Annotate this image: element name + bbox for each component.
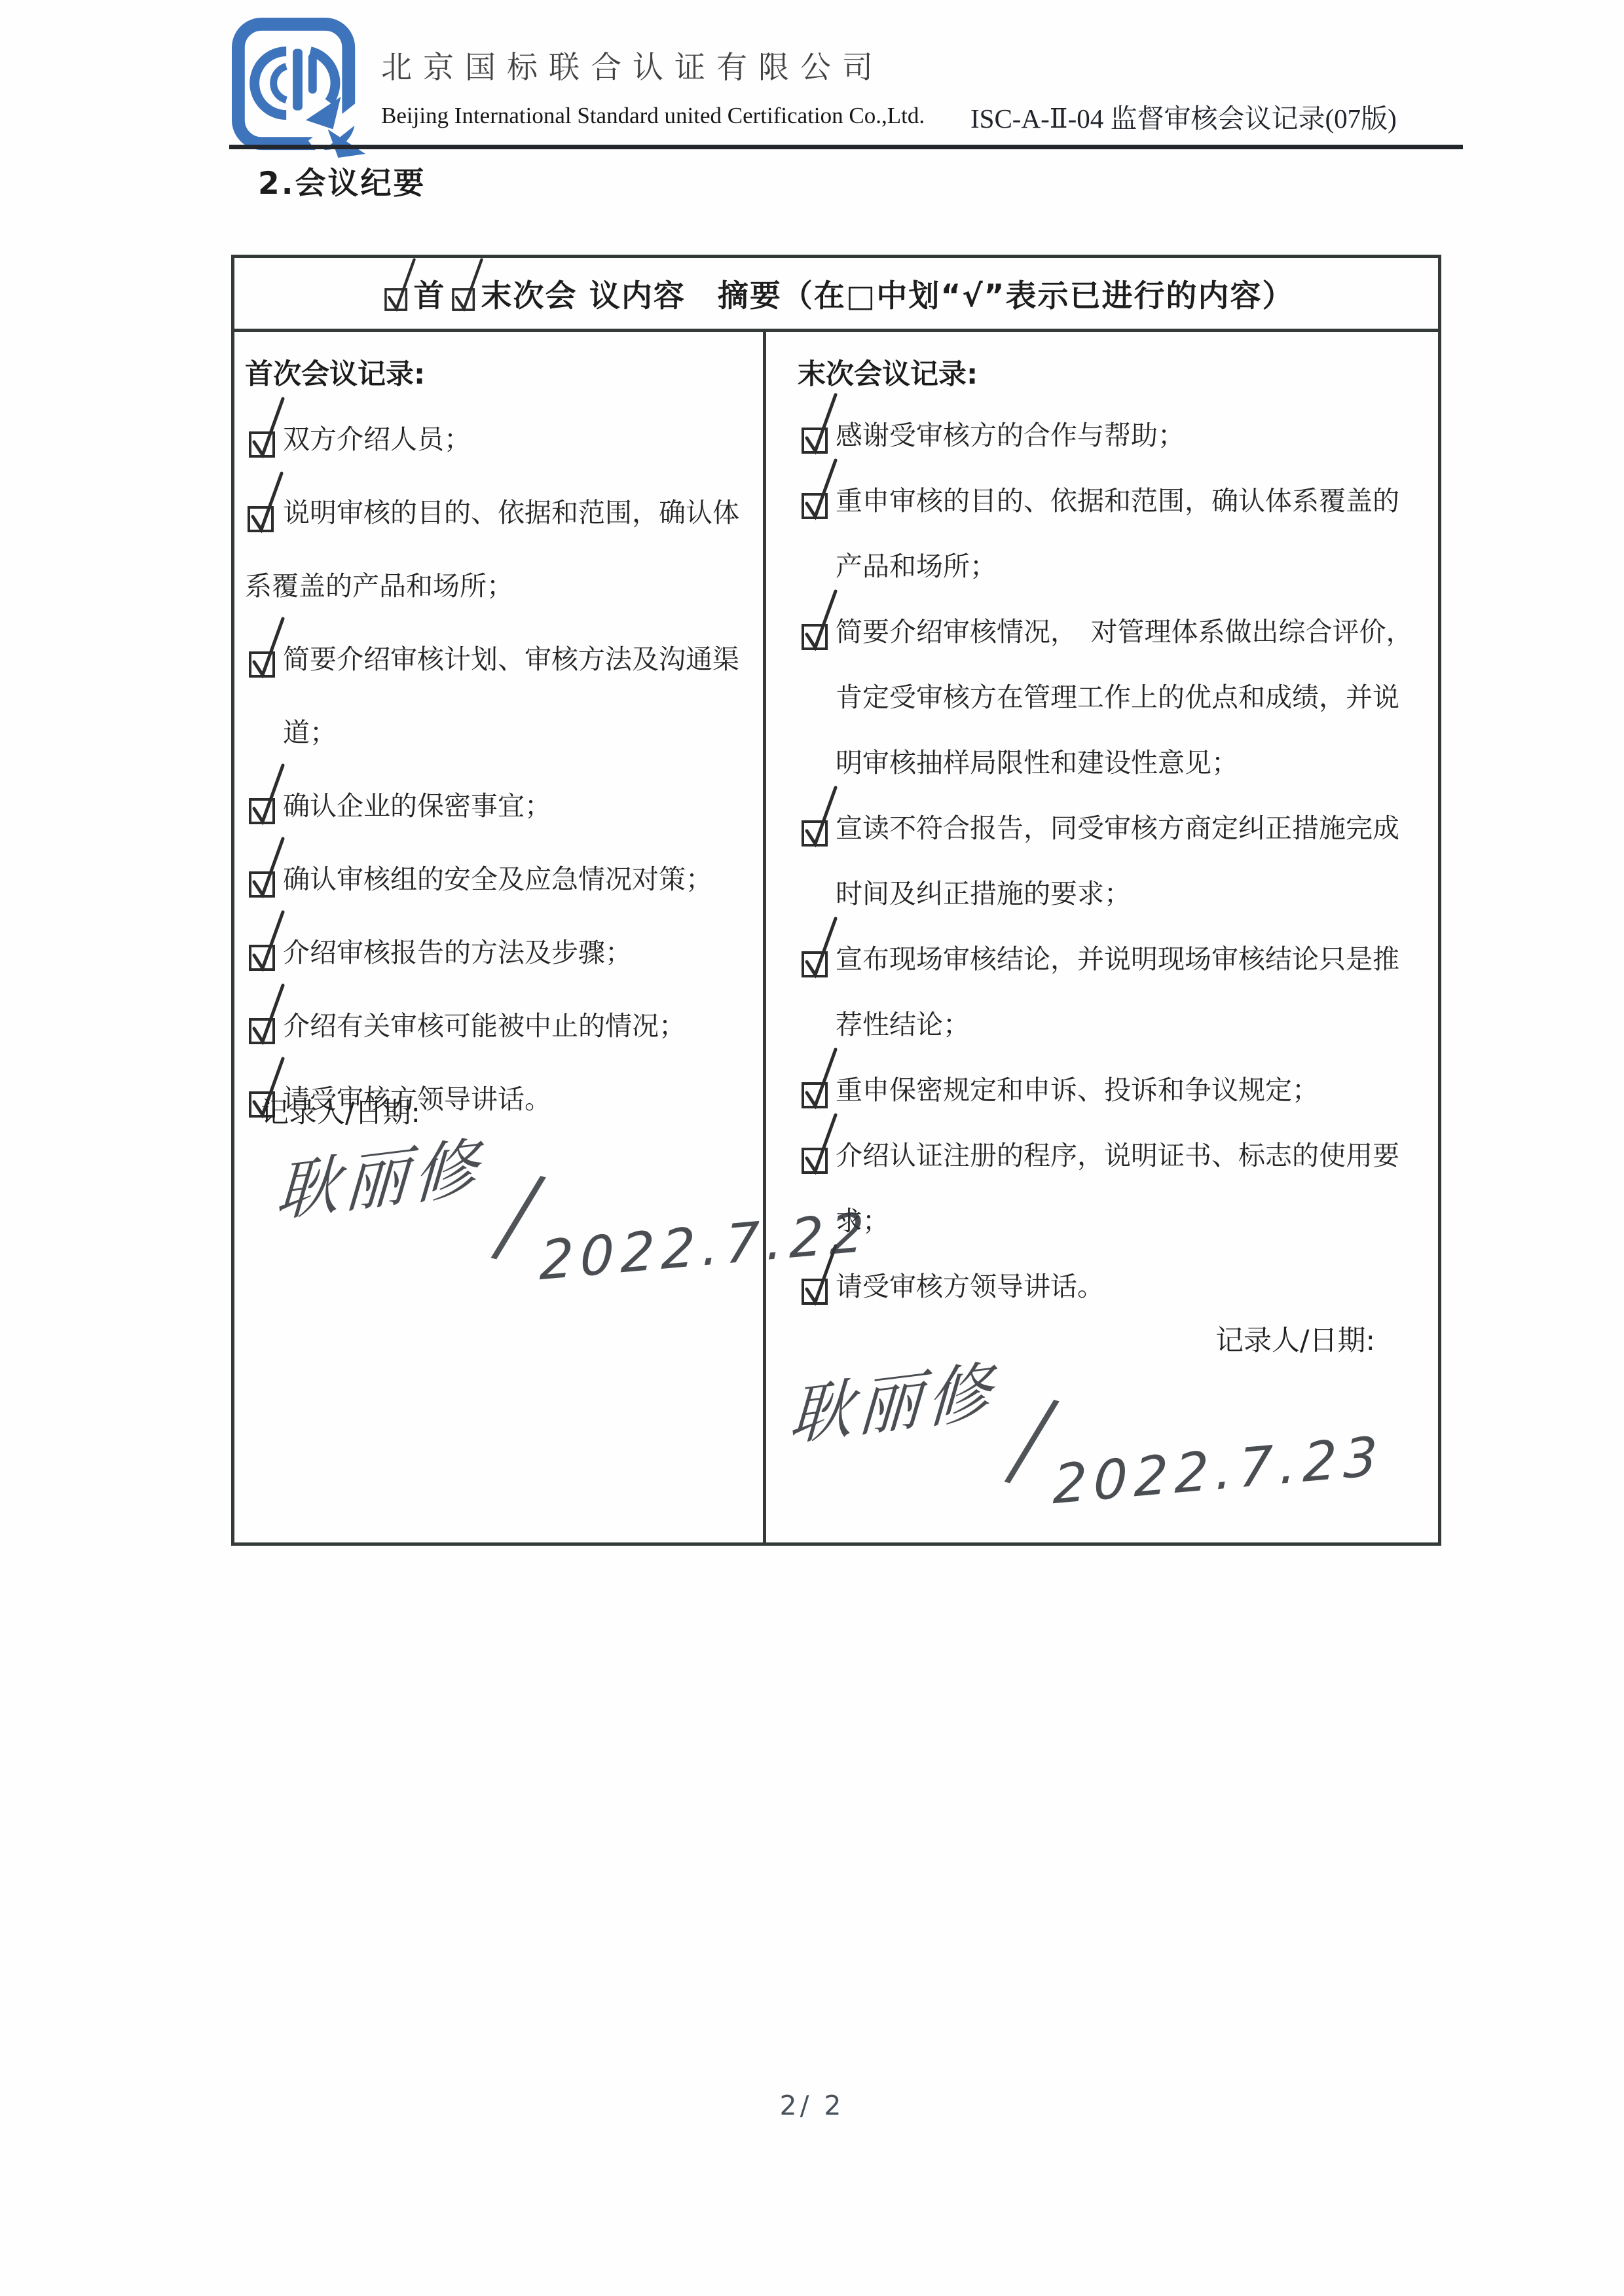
meeting-item: 宣读不符合报告，同受审核方商定纠正措施完成时间及纠正措施的要求； <box>798 795 1416 926</box>
document-code: ISC-A-Ⅱ-04 监督审核会议记录(07版) <box>970 97 1397 136</box>
meeting-item: 简要介绍审核情况， 对管理体系做出综合评价，肯定受审核方在管理工作上的优点和成绩… <box>798 599 1416 795</box>
first-meeting-column: 首次会议记录: 双方介绍人员； 说明审核的目的、依据和范围，确认体系覆盖的产品和… <box>234 332 766 1542</box>
checkbox-checked-icon[interactable] <box>246 424 275 452</box>
meeting-item: 确认审核组的安全及应急情况对策； <box>245 843 758 916</box>
checkbox-checked-icon[interactable] <box>799 420 828 448</box>
meeting-item-text: 宣布现场审核结论，并说明现场审核结论只是推荐性结论； <box>836 943 1399 1040</box>
signature-date: 2022.7.22 <box>539 1201 871 1293</box>
checkbox-checked-icon[interactable] <box>246 644 275 672</box>
first-meeting-heading: 首次会议记录: <box>245 346 758 403</box>
meeting-item-text: 双方介绍人员； <box>283 424 471 455</box>
signature-date: 2022.7.23 <box>1052 1425 1384 1517</box>
table-header-row: 首末次会 议内容 摘要（在□中划“√”表示已进行的内容） <box>234 258 1438 332</box>
checkbox-checked-icon[interactable] <box>246 937 275 966</box>
recorder-date-label: 记录人/日期: <box>261 1091 420 1131</box>
meeting-item: 感谢受审核方的合作与帮助； <box>798 403 1416 468</box>
meeting-item: 说明审核的目的、依据和范围，确认体系覆盖的产品和场所； <box>245 476 758 623</box>
meeting-item-text: 重申审核的目的、依据和范围，确认体系覆盖的产品和场所； <box>836 485 1399 582</box>
signature-last-meeting: 耿丽修/2022.7.23 <box>788 1353 1385 1504</box>
company-name-en: Beijing International Standard united Ce… <box>381 103 925 129</box>
meeting-item-text: 介绍有关审核可能被中止的情况； <box>283 1010 686 1042</box>
meeting-item: 介绍有关审核可能被中止的情况； <box>245 989 758 1063</box>
signature-name: 耿丽修 <box>273 1116 485 1235</box>
company-name-cn: 北京国标联合认证有限公司 <box>381 43 925 87</box>
meeting-item: 请受审核方领导讲话。 <box>798 1254 1416 1319</box>
checkbox-checked-icon[interactable] <box>245 498 274 527</box>
meeting-item: 重申审核的目的、依据和范围，确认体系覆盖的产品和场所； <box>798 468 1416 599</box>
checkbox-checked-icon[interactable] <box>799 1074 828 1103</box>
checkbox-checked-icon[interactable] <box>799 812 828 841</box>
section-title: 2.会议纪要 <box>258 159 426 203</box>
meeting-item-text: 确认企业的保密事宜； <box>283 790 551 822</box>
meeting-item: 双方介绍人员； <box>245 403 758 476</box>
meeting-item-text: 请受审核方领导讲话。 <box>836 1271 1104 1302</box>
meeting-item-text: 介绍审核报告的方法及步骤； <box>283 937 632 968</box>
checkbox-checked-icon[interactable] <box>450 281 477 308</box>
meeting-item-text: 确认审核组的安全及应急情况对策； <box>283 864 712 895</box>
company-name-block: 北京国标联合认证有限公司 Beijing International Stand… <box>381 43 925 129</box>
meeting-item-text: 说明审核的目的、依据和范围，确认体系覆盖的产品和场所； <box>245 497 739 602</box>
document-page: 北京国标联合认证有限公司 Beijing International Stand… <box>0 0 1624 2296</box>
last-meeting-heading: 末次会议记录: <box>798 346 1416 403</box>
meeting-item-text: 宣读不符合报告，同受审核方商定纠正措施完成时间及纠正措施的要求； <box>836 812 1399 909</box>
company-logo-icon <box>231 16 367 160</box>
checkbox-checked-icon[interactable] <box>799 943 828 972</box>
signature-name: 耿丽修 <box>786 1339 998 1459</box>
meeting-item-text: 简要介绍审核情况， 对管理体系做出综合评价，肯定受审核方在管理工作上的优点和成绩… <box>836 616 1413 778</box>
checkbox-checked-icon[interactable] <box>799 616 828 645</box>
meeting-summary-table: 首末次会 议内容 摘要（在□中划“√”表示已进行的内容） 首次会议记录: 双方介… <box>231 255 1441 1546</box>
header-divider <box>229 145 1463 149</box>
meeting-item-text: 感谢受审核方的合作与帮助； <box>836 420 1185 451</box>
meeting-item: 重申保密规定和申诉、投诉和争议规定； <box>798 1057 1416 1123</box>
meeting-item-text: 介绍认证注册的程序，说明证书、标志的使用要求； <box>836 1140 1399 1237</box>
meeting-item: 确认企业的保密事宜； <box>245 769 758 843</box>
meeting-item: 介绍认证注册的程序，说明证书、标志的使用要求； <box>798 1123 1416 1254</box>
page-number: 2/ 2 <box>0 2090 1624 2121</box>
checkbox-checked-icon[interactable] <box>246 790 275 819</box>
checkbox-checked-icon[interactable] <box>246 1010 275 1039</box>
meeting-item-text: 简要介绍审核计划、审核方法及沟通渠道； <box>283 644 739 748</box>
checkbox-checked-icon[interactable] <box>799 485 828 514</box>
meeting-item: 宣布现场审核结论，并说明现场审核结论只是推荐性结论； <box>798 926 1416 1057</box>
signature-first-meeting: 耿丽修/2022.7.22 <box>275 1129 872 1280</box>
meeting-item: 介绍审核报告的方法及步骤； <box>245 916 758 989</box>
checkbox-checked-icon[interactable] <box>382 281 410 308</box>
header-seg2: 末次会 议内容 摘要（在□中划“√”表示已进行的内容） <box>481 272 1295 316</box>
header-seg1: 首 <box>414 272 446 316</box>
meeting-item-text: 重申保密规定和申诉、投诉和争议规定； <box>836 1074 1319 1106</box>
meeting-item: 简要介绍审核计划、审核方法及沟通渠道； <box>245 623 758 769</box>
checkbox-checked-icon[interactable] <box>246 864 275 892</box>
